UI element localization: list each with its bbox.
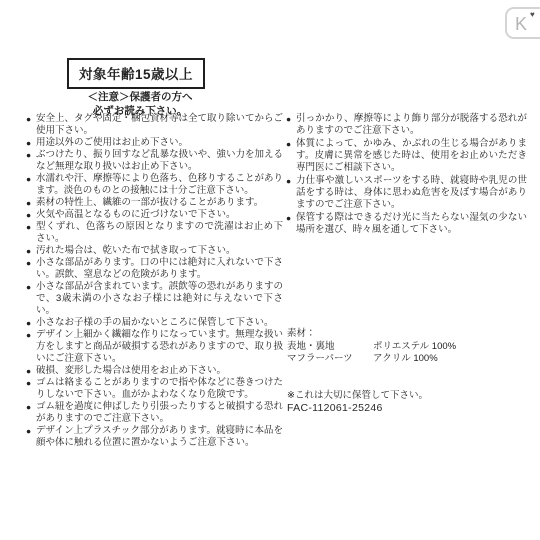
bullet-icon: ● — [26, 149, 36, 173]
warning-item: ●破損、変形した場合は使用をお止め下さい。 — [26, 365, 283, 377]
target-age-box: 対象年齢15歳以上 — [67, 58, 205, 89]
bullet-icon: ● — [26, 281, 36, 317]
warning-text: 力仕事や激しいスポーツをする時、就寝時や乳児の世話をする時は、身体に思わぬ危害を… — [296, 175, 527, 211]
warning-item: ●小さなお子様の手の届かないところに保管して下さい。 — [26, 317, 283, 329]
warning-text: 用途以外のご使用はお止め下さい。 — [36, 137, 283, 149]
bullet-icon: ● — [286, 212, 296, 236]
warning-item: ●デザイン上プラスチック部分があります。就寝時に本品を顔や体に触れる位置に置かな… — [26, 425, 283, 449]
bullet-icon: ● — [26, 113, 36, 137]
warning-item: ●ゴム紐を過度に伸ばしたり引張ったりすると破損する恐れがありますのでご注意下さい… — [26, 401, 283, 425]
warning-item: ●小さな部品が含まれています。誤飲等の恐れがありますので、3歳未満の小さなお子様… — [26, 281, 283, 317]
bullet-icon: ● — [286, 138, 296, 174]
care-label-sheet: K ♥ 対象年齢15歳以上 ＜注意＞保護者の方へ 必ずお読み下さい。 ●安全上、… — [0, 0, 540, 540]
material-row: マフラーパーツ アクリル 100% — [287, 353, 456, 366]
guardian-notice-line1: ＜注意＞保護者の方へ — [53, 91, 227, 105]
bullet-icon: ● — [26, 221, 36, 245]
bullet-icon: ● — [26, 197, 36, 209]
warning-text: 体質によって、かゆみ、かぶれの生じる場合があります。皮膚に異常を感じた時は、使用… — [296, 138, 527, 174]
bullet-icon: ● — [26, 245, 36, 257]
warning-text: 安全上、タグや固定・梱包資材等は全て取り除いてからご使用下さい。 — [36, 113, 283, 137]
material-value: ポリエステル 100% — [373, 341, 456, 354]
bullet-icon: ● — [26, 209, 36, 221]
bullet-icon: ● — [26, 377, 36, 401]
bullet-icon: ● — [26, 401, 36, 425]
warning-item: ●小さな部品があります。口の中には絶対に入れないで下さい。誤飲、窒息などの危険が… — [26, 257, 283, 281]
warning-item: ●保管する際はできるだけ光に当たらない湿気の少ない場所を選び、時々風を通して下さ… — [286, 212, 527, 236]
materials-section: 素材： 表地・裏地 ポリエステル 100% マフラーパーツ アクリル 100% — [287, 328, 456, 366]
bullet-icon: ● — [26, 329, 36, 365]
warning-text: 汚れた場合は、乾いた布で拭き取って下さい。 — [36, 245, 283, 257]
warning-item: ●安全上、タグや固定・梱包資材等は全て取り除いてからご使用下さい。 — [26, 113, 283, 137]
bullet-icon: ● — [26, 257, 36, 281]
bullet-icon: ● — [286, 175, 296, 211]
warnings-column-left: ●安全上、タグや固定・梱包資材等は全て取り除いてからご使用下さい。 ●用途以外の… — [26, 113, 283, 449]
warning-text: デザイン上プラスチック部分があります。就寝時に本品を顔や体に触れる位置に置かない… — [36, 425, 283, 449]
bullet-icon: ● — [26, 425, 36, 449]
warning-text: 小さなお子様の手の届かないところに保管して下さい。 — [36, 317, 283, 329]
warning-text: ゴム紐を過度に伸ばしたり引張ったりすると破損する恐れがありますのでご注意下さい。 — [36, 401, 283, 425]
warning-text: デザイン上細かく繊細な作りになっています。無理な扱い方をしますと商品が破損する恐… — [36, 329, 283, 365]
product-code: FAC-112061-25246 — [287, 402, 428, 414]
warning-item: ●体質によって、かゆみ、かぶれの生じる場合があります。皮膚に異常を感じた時は、使… — [286, 138, 527, 174]
warning-item: ●型くずれ、色落ちの原因となりますので洗濯はお止め下さい。 — [26, 221, 283, 245]
warning-item: ●力仕事や激しいスポーツをする時、就寝時や乳児の世話をする時は、身体に思わぬ危害… — [286, 175, 527, 211]
material-row: 表地・裏地 ポリエステル 100% — [287, 341, 456, 354]
warning-item: ●水濡れや汗、摩擦等により色落ち、色移りすることがあります。淡色のものとの接触に… — [26, 173, 283, 197]
warning-item: ●引っかかり、摩擦等により飾り部分が脱落する恐れがありますのでご注意下さい。 — [286, 113, 527, 137]
warning-item: ●素材の特性上、繊維の一部が抜けることがあります。 — [26, 197, 283, 209]
warning-item: ●ゴムは絡まることがありますので指や体などに巻きつけたりしないで下さい。血がかよ… — [26, 377, 283, 401]
warning-item: ●用途以外のご使用はお止め下さい。 — [26, 137, 283, 149]
warning-text: ゴムは絡まることがありますので指や体などに巻きつけたりしないで下さい。血がかよわ… — [36, 377, 283, 401]
material-label: マフラーパーツ — [287, 353, 373, 366]
warning-text: ぶつけたり、振り回すなど乱暴な扱いや、強い力を加えるなど無理な取り扱いはお止め下… — [36, 149, 283, 173]
warning-item: ●火気や高温となるものに近づけないで下さい。 — [26, 209, 283, 221]
warning-text: 型くずれ、色落ちの原因となりますので洗濯はお止め下さい。 — [36, 221, 283, 245]
brand-logo: K ♥ — [505, 7, 540, 39]
warning-item: ●デザイン上細かく繊細な作りになっています。無理な扱い方をしますと商品が破損する… — [26, 329, 283, 365]
brand-logo-letter: K — [515, 13, 527, 35]
warning-text: 小さな部品が含まれています。誤飲等の恐れがありますので、3歳未満の小さなお子様に… — [36, 281, 283, 317]
bullet-icon: ● — [286, 113, 296, 137]
materials-heading: 素材： — [287, 328, 456, 341]
heart-icon: ♥ — [530, 10, 535, 19]
warning-text: 保管する際はできるだけ光に当たらない湿気の少ない場所を選び、時々風を通して下さい… — [296, 212, 527, 236]
warning-text: 素材の特性上、繊維の一部が抜けることがあります。 — [36, 197, 283, 209]
bullet-icon: ● — [26, 317, 36, 329]
storage-footnote: ※これは大切に保管して下さい。 FAC-112061-25246 — [287, 390, 428, 414]
warning-item: ●ぶつけたり、振り回すなど乱暴な扱いや、強い力を加えるなど無理な取り扱いはお止め… — [26, 149, 283, 173]
bullet-icon: ● — [26, 365, 36, 377]
warning-text: 破損、変形した場合は使用をお止め下さい。 — [36, 365, 283, 377]
warning-text: 水濡れや汗、摩擦等により色落ち、色移りすることがあります。淡色のものとの接触には… — [36, 173, 283, 197]
material-value: アクリル 100% — [373, 353, 438, 366]
warning-text: 火気や高温となるものに近づけないで下さい。 — [36, 209, 283, 221]
warning-text: 引っかかり、摩擦等により飾り部分が脱落する恐れがありますのでご注意下さい。 — [296, 113, 527, 137]
material-label: 表地・裏地 — [287, 341, 373, 354]
bullet-icon: ● — [26, 173, 36, 197]
warning-item: ●汚れた場合は、乾いた布で拭き取って下さい。 — [26, 245, 283, 257]
bullet-icon: ● — [26, 137, 36, 149]
warnings-column-right: ●引っかかり、摩擦等により飾り部分が脱落する恐れがありますのでご注意下さい。 ●… — [286, 113, 527, 237]
warning-text: 小さな部品があります。口の中には絶対に入れないで下さい。誤飲、窒息などの危険があ… — [36, 257, 283, 281]
storage-note: ※これは大切に保管して下さい。 — [287, 390, 428, 402]
